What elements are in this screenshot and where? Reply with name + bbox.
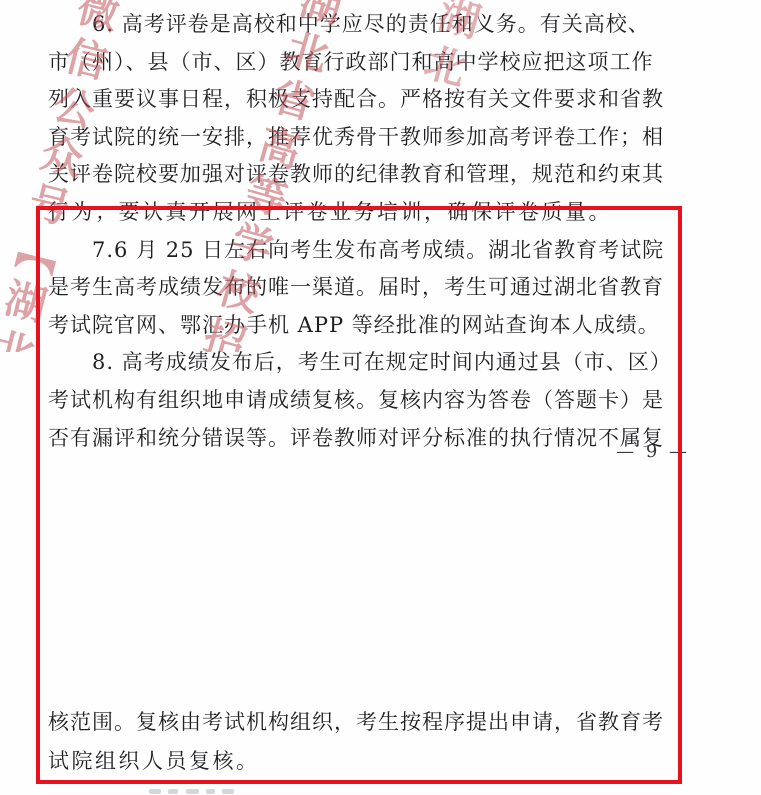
- text-line: 是考生高考成绩发布的唯一渠道。届时，考生可通过湖北省教育: [48, 269, 624, 307]
- clipped-glyph-mark: [168, 789, 178, 794]
- text-line: 6. 高考评卷是高校和中学应尽的责任和义务。有关高校、: [48, 6, 624, 44]
- text-line: 试院组织人员复核。: [48, 742, 624, 781]
- clipped-glyph-mark: [206, 789, 215, 794]
- text-line: 考试机构有组织地申请成绩复核。复核内容为答卷（答题卡）是: [48, 382, 624, 420]
- text-line: 否有漏评和统分错误等。评卷教师对评分标准的执行情况不属复: [48, 420, 624, 458]
- text-line: 育考试院的统一安排，推荐优秀骨干教师参加高考评卷工作；相: [48, 119, 624, 157]
- text-line: 考试院官网、鄂汇办手机 APP 等经批准的网站查询本人成绩。: [48, 307, 624, 345]
- page-number: — 9 —: [616, 441, 690, 462]
- text-line: 市（州）、县（市、区）教育行政部门和高中学校应把这项工作: [48, 44, 624, 82]
- clipped-text-fragment: [0, 788, 761, 795]
- body-text-lower: 核范围。复核由考试机构组织，考生按程序提出申请，省教育考 试院组织人员复核。: [48, 703, 624, 781]
- clipped-glyph-mark: [186, 789, 199, 794]
- text-line: 关评卷院校要加强对评卷教师的纪律教育和管理，规范和约束其: [48, 156, 624, 194]
- document-page: 微信公众号【湖北省招生 湖北省高等学校招生 湖北省高等学校招生 6. 高考评卷是…: [0, 0, 761, 795]
- body-text-upper: 6. 高考评卷是高校和中学应尽的责任和义务。有关高校、 市（州）、县（市、区）教…: [48, 6, 624, 457]
- text-line: 8. 高考成绩发布后，考生可在规定时间内通过县（市、区）: [48, 344, 624, 382]
- text-line: 行为；要认真开展网上评卷业务培训，确保评卷质量。: [48, 194, 624, 232]
- text-line: 核范围。复核由考试机构组织，考生按程序提出申请，省教育考: [48, 703, 624, 742]
- text-line: 列入重要议事日程，积极支持配合。严格按有关文件要求和省教: [48, 81, 624, 119]
- clipped-glyph-mark: [222, 789, 234, 794]
- text-line: 7.6 月 25 日左右向考生发布高考成绩。湖北省教育考试院: [48, 232, 624, 270]
- clipped-glyph-mark: [149, 789, 161, 794]
